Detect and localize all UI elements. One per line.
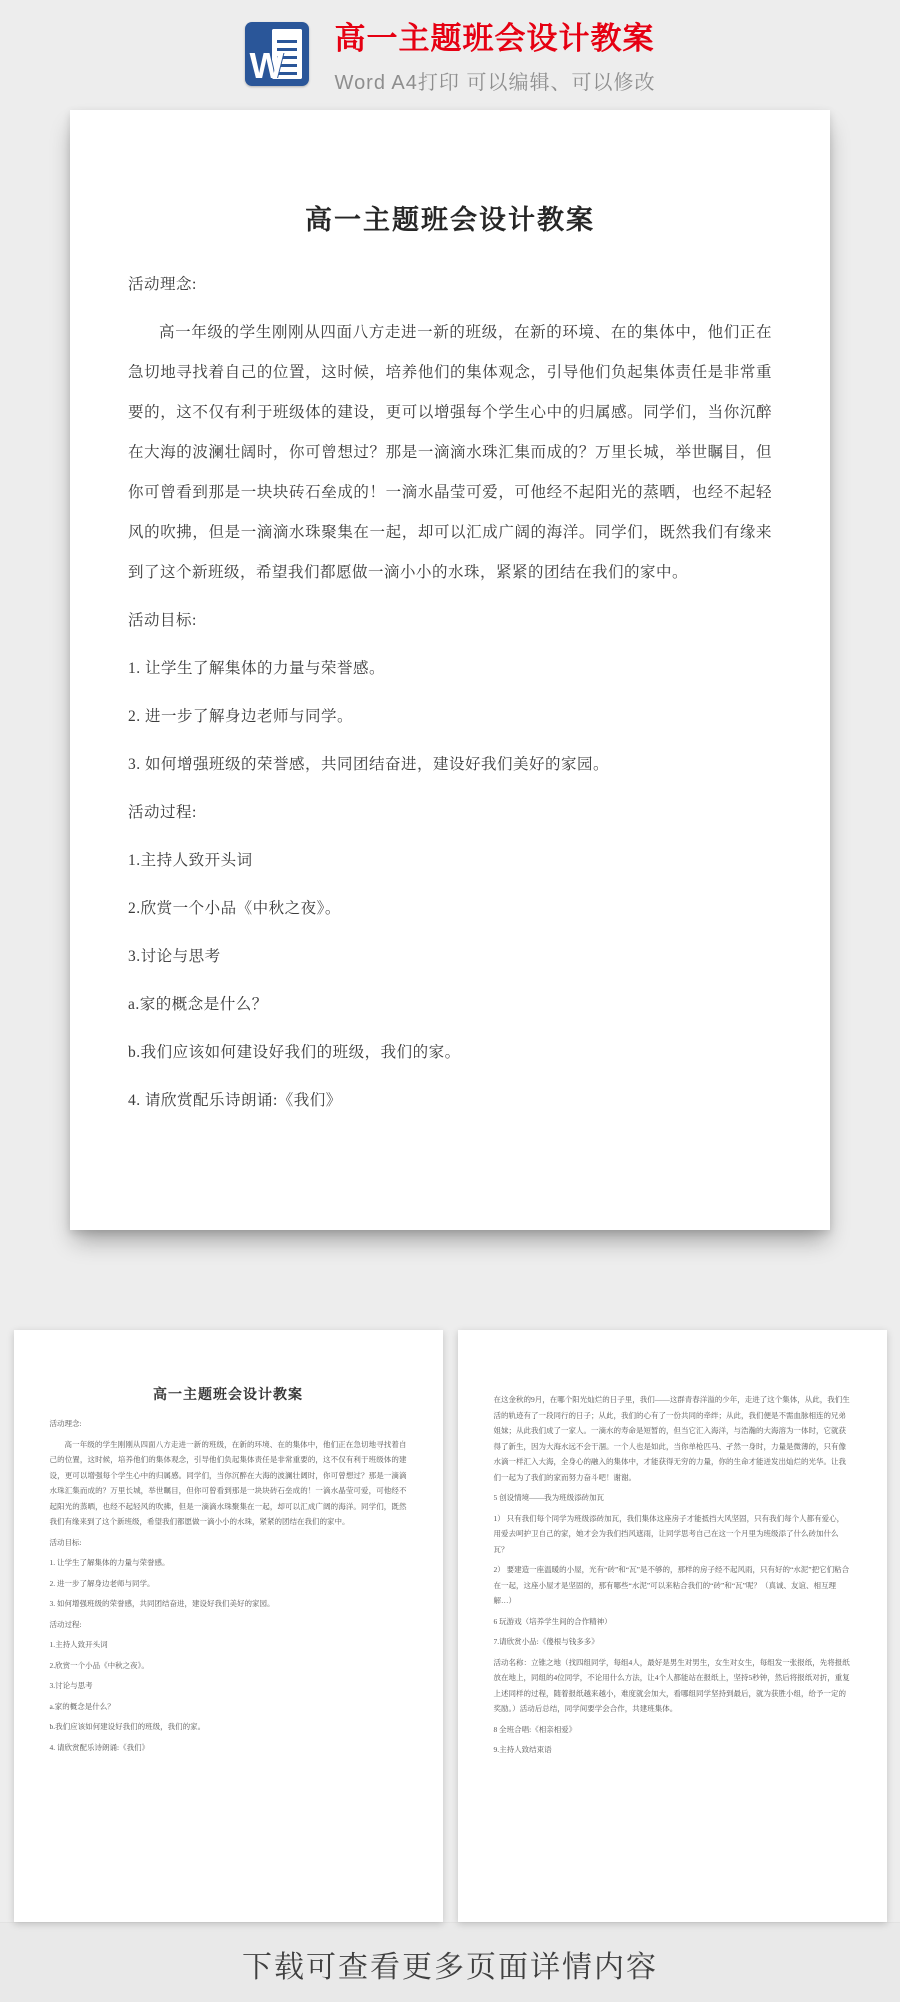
doc-paragraph: 1. 让学生了解集体的力量与荣誉感。 <box>50 1555 407 1571</box>
doc-paragraph: 2） 要建造一座温暖的小屋，光有“砖”和“瓦”是不够的，那样的房子经不起风雨，只… <box>494 1562 851 1609</box>
page-title: 高一主题班会设计教案 <box>335 13 656 58</box>
doc-paragraph: 2. 进一步了解身边老师与同学。 <box>128 697 772 737</box>
doc-paragraph: 6 玩游戏（培养学生间的合作精神） <box>494 1614 851 1630</box>
doc-paragraph: 5 创设情境——我为班级添砖加瓦 <box>494 1490 851 1506</box>
page-thumbnails-row: 高一主题班会设计教案 活动理念:高一年级的学生刚刚从四面八方走进一新的班级，在新… <box>0 1330 900 1922</box>
doc-paragraph: 3. 如何增强班级的荣誉感，共同团结奋进，建设好我们美好的家园。 <box>128 745 772 785</box>
doc-paragraph: a.家的概念是什么？ <box>50 1699 407 1715</box>
thumbnail-page-1-body: 活动理念:高一年级的学生刚刚从四面八方走进一新的班级，在新的环境、在的集体中，他… <box>50 1416 407 1755</box>
thumbnail-page-2-body: 在这金秋的9月，在哪个阳光灿烂的日子里，我们——这群青春洋溢的少年，走进了这个集… <box>494 1370 851 1758</box>
doc-paragraph: b.我们应该如何建设好我们的班级，我们的家。 <box>50 1719 407 1735</box>
doc-paragraph: 活动理念: <box>50 1416 407 1432</box>
footer: 下载可查看更多页面详情内容 <box>0 1922 900 2002</box>
document-body: 活动理念:高一年级的学生刚刚从四面八方走进一新的班级，在新的环境、在的集体中，他… <box>128 265 772 1121</box>
doc-paragraph: 活动理念: <box>128 265 772 305</box>
doc-paragraph: 1.主持人致开头词 <box>50 1637 407 1653</box>
footer-download-hint: 下载可查看更多页面详情内容 <box>242 1942 658 1986</box>
doc-paragraph: 活动过程: <box>128 793 772 833</box>
word-w-letter-icon: W <box>250 48 284 84</box>
doc-paragraph: 3. 如何增强班级的荣誉感，共同团结奋进，建设好我们美好的家园。 <box>50 1596 407 1612</box>
document-preview-page-1[interactable]: 高一主题班会设计教案 活动理念:高一年级的学生刚刚从四面八方走进一新的班级，在新… <box>70 110 830 1230</box>
doc-paragraph: 4. 请欣赏配乐诗朗诵:《我们》 <box>50 1740 407 1756</box>
doc-paragraph: 3.讨论与思考 <box>128 937 772 977</box>
thumbnail-page-2[interactable]: 在这金秋的9月，在哪个阳光灿烂的日子里，我们——这群青春洋溢的少年，走进了这个集… <box>458 1330 887 1922</box>
thumbnail-document-title: 高一主题班会设计教案 <box>50 1384 407 1404</box>
doc-paragraph: 3.讨论与思考 <box>50 1678 407 1694</box>
document-title: 高一主题班会设计教案 <box>128 198 772 237</box>
doc-paragraph: 1. 让学生了解集体的力量与荣誉感。 <box>128 649 772 689</box>
header: W 高一主题班会设计教案 Word A4打印 可以编辑、可以修改 <box>0 0 900 102</box>
doc-paragraph: 4. 请欣赏配乐诗朗诵:《我们》 <box>128 1081 772 1121</box>
page-subtitle: Word A4打印 可以编辑、可以修改 <box>335 66 656 95</box>
doc-paragraph: 8 全班合唱:《相亲相爱》 <box>494 1722 851 1738</box>
doc-paragraph: 活动目标: <box>50 1535 407 1551</box>
doc-paragraph: 高一年级的学生刚刚从四面八方走进一新的班级，在新的环境、在的集体中，他们正在急切… <box>128 313 772 593</box>
doc-paragraph: 1） 只有我们每个同学为班级添砖加瓦，我们集体这座房子才能抵挡大风坚固，只有我们… <box>494 1511 851 1558</box>
header-text: 高一主题班会设计教案 Word A4打印 可以编辑、可以修改 <box>335 13 656 95</box>
doc-paragraph: 2. 进一步了解身边老师与同学。 <box>50 1576 407 1592</box>
doc-paragraph: 2.欣赏一个小品《中秋之夜》。 <box>50 1658 407 1674</box>
doc-paragraph: 高一年级的学生刚刚从四面八方走进一新的班级，在新的环境、在的集体中，他们正在急切… <box>50 1437 407 1530</box>
doc-paragraph: 7.请欣赏小品:《傻根与钱多多》 <box>494 1634 851 1650</box>
doc-paragraph: 活动目标: <box>128 601 772 641</box>
doc-paragraph: 9.主持人致结束语 <box>494 1742 851 1758</box>
doc-paragraph: a.家的概念是什么？ <box>128 985 772 1025</box>
word-file-icon: W <box>245 22 309 86</box>
doc-paragraph: 活动过程: <box>50 1617 407 1633</box>
doc-paragraph: b.我们应该如何建设好我们的班级，我们的家。 <box>128 1033 772 1073</box>
doc-paragraph: 2.欣赏一个小品《中秋之夜》。 <box>128 889 772 929</box>
doc-paragraph: 活动名称：立锥之地（找四组同学，每组4人，最好是男生对男生，女生对女生，每组发一… <box>494 1655 851 1717</box>
thumbnail-page-1[interactable]: 高一主题班会设计教案 活动理念:高一年级的学生刚刚从四面八方走进一新的班级，在新… <box>14 1330 443 1922</box>
doc-paragraph: 1.主持人致开头词 <box>128 841 772 881</box>
doc-paragraph: 在这金秋的9月，在哪个阳光灿烂的日子里，我们——这群青春洋溢的少年，走进了这个集… <box>494 1392 851 1485</box>
